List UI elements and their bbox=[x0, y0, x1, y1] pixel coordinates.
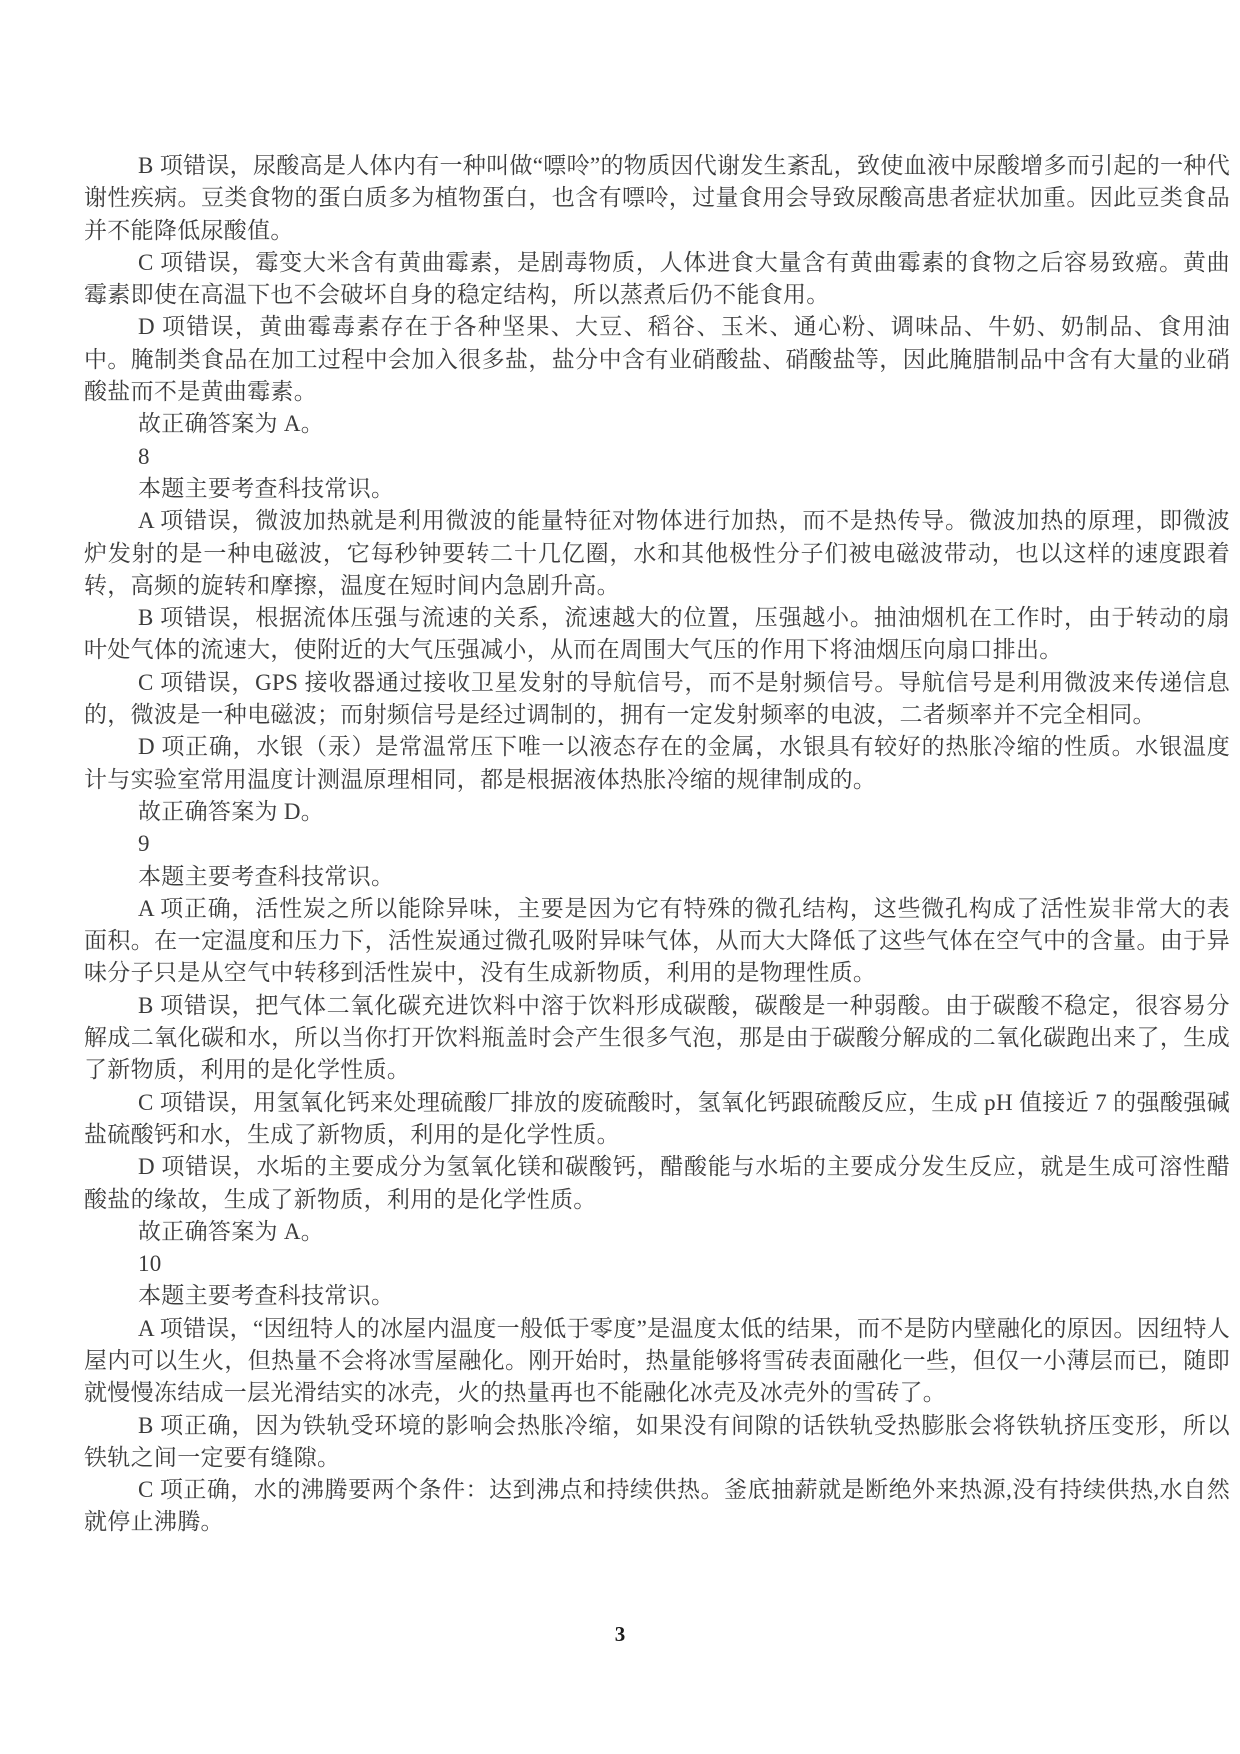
paragraph-topic: 本题主要考查科技常识。 bbox=[84, 473, 1230, 505]
paragraph-correct-answer: 故正确答案为 A。 bbox=[84, 1216, 1230, 1248]
paragraph-answer-d: D 项错误，水垢的主要成分为氢氧化镁和碳酸钙，醋酸能与水垢的主要成分发生反应，就… bbox=[84, 1151, 1230, 1216]
paragraph-answer-b: B 项错误，把气体二氧化碳充进饮料中溶于饮料形成碳酸，碳酸是一种弱酸。由于碳酸不… bbox=[84, 990, 1230, 1087]
paragraph-answer-b: B 项错误，尿酸高是人体内有一种叫做“嘌呤”的物质因代谢发生紊乱，致使血液中尿酸… bbox=[84, 150, 1230, 247]
paragraph-answer-a: A 项错误，微波加热就是利用微波的能量特征对物体进行加热，而不是热传导。微波加热… bbox=[84, 505, 1230, 602]
paragraph-answer-b: B 项正确，因为铁轨受环境的影响会热胀冷缩，如果没有间隙的话铁轨受热膨胀会将铁轨… bbox=[84, 1410, 1230, 1475]
paragraph-correct-answer: 故正确答案为 D。 bbox=[84, 796, 1230, 828]
paragraph-answer-a: A 项正确，活性炭之所以能除异味，主要是因为它有特殊的微孔结构，这些微孔构成了活… bbox=[84, 893, 1230, 990]
paragraph-topic: 本题主要考查科技常识。 bbox=[84, 1280, 1230, 1312]
paragraph-answer-b: B 项错误，根据流体压强与流速的关系，流速越大的位置，压强越小。抽油烟机在工作时… bbox=[84, 602, 1230, 667]
question-number-8: 8 bbox=[84, 441, 1230, 473]
paragraph-answer-c: C 项错误，GPS 接收器通过接收卫星发射的导航信号，而不是射频信号。导航信号是… bbox=[84, 667, 1230, 732]
document-body: B 项错误，尿酸高是人体内有一种叫做“嘌呤”的物质因代谢发生紊乱，致使血液中尿酸… bbox=[84, 150, 1230, 1539]
paragraph-topic: 本题主要考查科技常识。 bbox=[84, 861, 1230, 893]
paragraph-answer-a: A 项错误，“因纽特人的冰屋内温度一般低于零度”是温度太低的结果，而不是防内壁融… bbox=[84, 1313, 1230, 1410]
paragraph-answer-c: C 项错误，霉变大米含有黄曲霉素，是剧毒物质，人体进食大量含有黄曲霉素的食物之后… bbox=[84, 247, 1230, 312]
paragraph-answer-c: C 项错误，用氢氧化钙来处理硫酸厂排放的废硫酸时，氢氧化钙跟硫酸反应，生成 pH… bbox=[84, 1087, 1230, 1152]
paragraph-correct-answer: 故正确答案为 A。 bbox=[84, 408, 1230, 440]
paragraph-answer-c: C 项正确，水的沸腾要两个条件：达到沸点和持续供热。釜底抽薪就是断绝外来热源,没… bbox=[84, 1474, 1230, 1539]
question-number-10: 10 bbox=[84, 1248, 1230, 1280]
paragraph-answer-d: D 项正确，水银（汞）是常温常压下唯一以液态存在的金属，水银具有较好的热胀冷缩的… bbox=[84, 731, 1230, 796]
document-page: B 项错误，尿酸高是人体内有一种叫做“嘌呤”的物质因代谢发生紊乱，致使血液中尿酸… bbox=[0, 0, 1240, 1754]
paragraph-answer-d: D 项错误，黄曲霉毒素存在于各种坚果、大豆、稻谷、玉米、通心粉、调味品、牛奶、奶… bbox=[84, 311, 1230, 408]
page-number: 3 bbox=[0, 1622, 1240, 1647]
question-number-9: 9 bbox=[84, 828, 1230, 860]
